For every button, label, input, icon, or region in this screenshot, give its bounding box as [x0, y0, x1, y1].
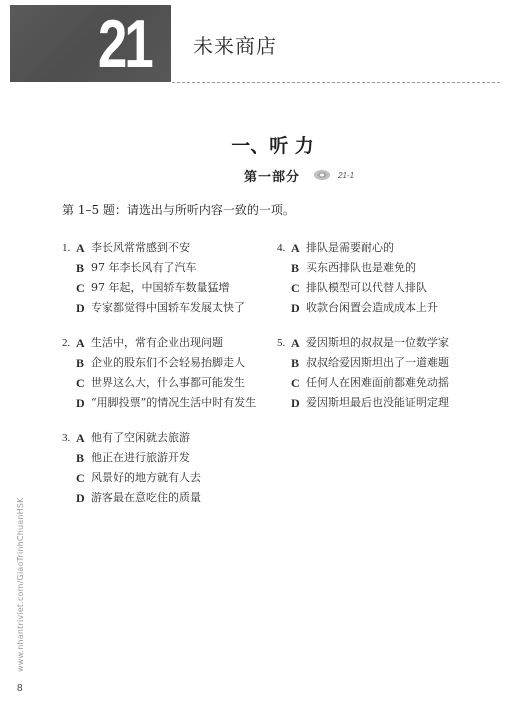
part-header: 第一部分 21-1 [244, 165, 354, 185]
option-a: 2. A 生活中，常有企业出现问题 [62, 333, 256, 353]
option-letter: A [76, 238, 91, 258]
option-letter: C [76, 468, 91, 488]
option-letter: A [291, 333, 306, 353]
option-a: 4. A 排队是需要耐心的 [277, 238, 438, 258]
option-text: 世界这么大，什么事都可能发生 [91, 373, 245, 393]
question-number: 3. [62, 428, 76, 448]
option-c: C 世界这么大，什么事都可能发生 [62, 373, 256, 393]
option-text: 叔叔给爱因斯坦出了一道难题 [306, 353, 449, 373]
option-c: C 风景好的地方就有人去 [62, 468, 201, 488]
option-text: 游客最在意吃住的质量 [91, 488, 201, 508]
section-heading: 一、听 力 [0, 133, 510, 159]
option-a: 5. A 爱因斯坦的叔叔是一位数学家 [277, 333, 449, 353]
option-letter: C [291, 278, 306, 298]
option-c: C 任何人在困难面前都难免动摇 [277, 373, 449, 393]
option-text: 97 年起，中国轿车数量猛增 [91, 278, 230, 298]
option-letter: C [291, 373, 306, 393]
question-2: 2. A 生活中，常有企业出现问题 B 企业的股东们不会轻易抬脚走人 C 世界这… [62, 333, 256, 413]
header-divider [172, 82, 500, 83]
option-b: B 97 年李长风有了汽车 [62, 258, 245, 278]
option-letter: D [291, 393, 306, 413]
option-b: B 企业的股东们不会轻易抬脚走人 [62, 353, 256, 373]
option-letter: C [76, 373, 91, 393]
option-b: B 买东西排队也是难免的 [277, 258, 438, 278]
option-letter: B [76, 258, 91, 278]
lesson-number: 21 [98, 9, 151, 79]
question-4: 4. A 排队是需要耐心的 B 买东西排队也是难免的 C 排队模型可以代替人排队… [277, 238, 438, 318]
option-letter: D [76, 298, 91, 318]
option-text: 专家都觉得中国轿车发展太快了 [91, 298, 245, 318]
option-d: D 爱因斯坦最后也没能证明定理 [277, 393, 449, 413]
question-3: 3. A 他有了空闲就去旅游 B 他正在进行旅游开发 C 风景好的地方就有人去 … [62, 428, 201, 508]
option-letter: A [291, 238, 306, 258]
option-letter: D [291, 298, 306, 318]
question-number: 1. [62, 238, 76, 258]
option-letter: A [76, 333, 91, 353]
option-d: D 专家都觉得中国轿车发展太快了 [62, 298, 245, 318]
option-letter: D [76, 488, 91, 508]
option-d: D “用脚投票”的情况生活中时有发生 [62, 393, 256, 413]
lesson-title: 未来商店 [193, 33, 277, 59]
question-1: 1. A 李长风常常感到不安 B 97 年李长风有了汽车 C 97 年起，中国轿… [62, 238, 245, 318]
question-5: 5. A 爱因斯坦的叔叔是一位数学家 B 叔叔给爱因斯坦出了一道难题 C 任何人… [277, 333, 449, 413]
option-d: D 收款台闲置会造成成本上升 [277, 298, 438, 318]
option-text: 买东西排队也是难免的 [306, 258, 416, 278]
option-letter: D [76, 393, 91, 413]
option-letter: B [76, 448, 91, 468]
question-number: 4. [277, 238, 291, 258]
option-letter: C [76, 278, 91, 298]
option-c: C 97 年起，中国轿车数量猛增 [62, 278, 245, 298]
option-letter: B [291, 258, 306, 278]
option-text: 李长风常常感到不安 [91, 238, 190, 258]
option-a: 1. A 李长风常常感到不安 [62, 238, 245, 258]
option-letter: B [76, 353, 91, 373]
lesson-number-box: 21 [10, 5, 171, 82]
option-c: C 排队模型可以代替人排队 [277, 278, 438, 298]
option-text: 97 年李长风有了汽车 [91, 258, 197, 278]
option-text: 他正在进行旅游开发 [91, 448, 190, 468]
option-text: 爱因斯坦最后也没能证明定理 [306, 393, 449, 413]
question-number: 5. [277, 333, 291, 353]
option-text: 生活中，常有企业出现问题 [91, 333, 223, 353]
option-text: 收款台闲置会造成成本上升 [306, 298, 438, 318]
option-letter: B [291, 353, 306, 373]
instruction-text: 第 1–5 题：请选出与所听内容一致的一项。 [62, 201, 295, 219]
track-label: 21-1 [338, 171, 354, 180]
option-a: 3. A 他有了空闲就去旅游 [62, 428, 201, 448]
option-text: “用脚投票”的情况生活中时有发生 [91, 393, 256, 413]
option-text: 排队模型可以代替人排队 [306, 278, 427, 298]
page-number: 8 [17, 683, 23, 694]
option-text: 排队是需要耐心的 [306, 238, 394, 258]
option-text: 任何人在困难面前都难免动摇 [306, 373, 449, 393]
cd-icon [314, 169, 332, 181]
option-b: B 他正在进行旅游开发 [62, 448, 201, 468]
option-d: D 游客最在意吃住的质量 [62, 488, 201, 508]
option-text: 企业的股东们不会轻易抬脚走人 [91, 353, 245, 373]
question-number: 2. [62, 333, 76, 353]
option-b: B 叔叔给爱因斯坦出了一道难题 [277, 353, 449, 373]
option-text: 爱因斯坦的叔叔是一位数学家 [306, 333, 449, 353]
option-text: 风景好的地方就有人去 [91, 468, 201, 488]
option-letter: A [76, 428, 91, 448]
option-text: 他有了空闲就去旅游 [91, 428, 190, 448]
watermark-url: www.nhantriviet.com/GiaoTrinhChuanHSK [16, 497, 26, 672]
part-title: 第一部分 [244, 166, 300, 185]
